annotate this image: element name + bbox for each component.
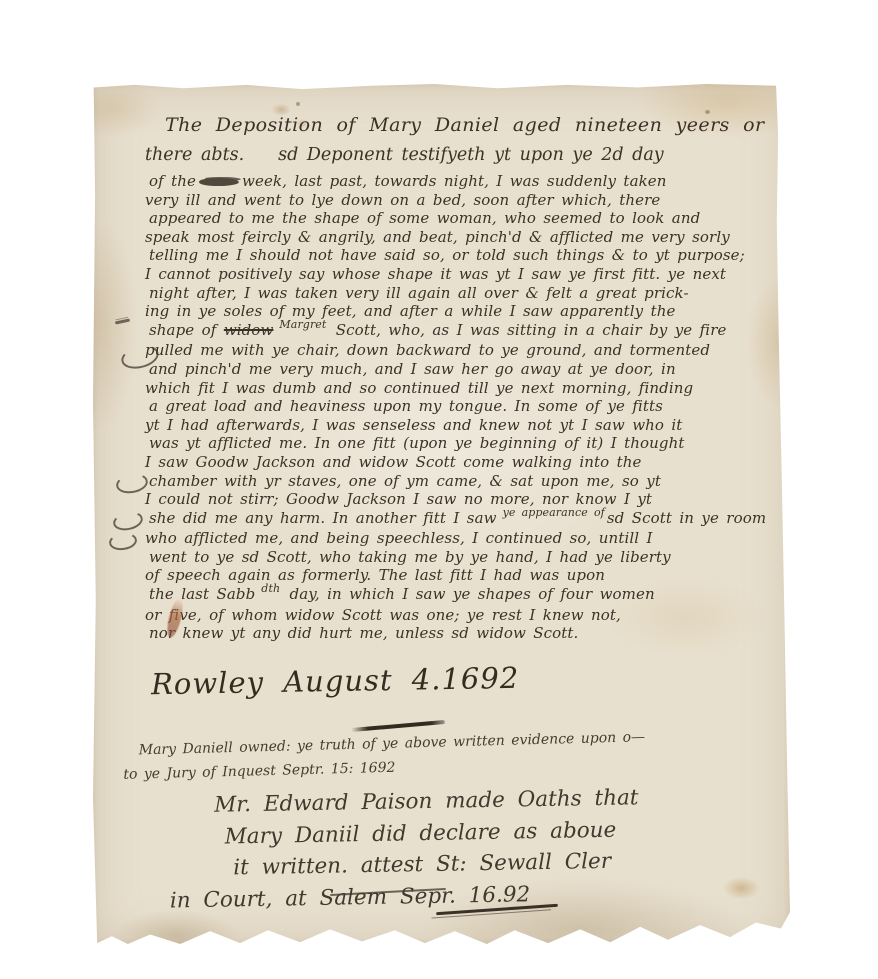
line-segment: day, in which I saw ye shapes of four wo… [282,585,655,603]
manuscript-line: I cannot positively say whose shape it w… [145,265,795,284]
manuscript-line: or five, of whom widow Scott was one; ye… [145,606,795,625]
manuscript-line: shape of widowMargret Scott, who, as I w… [145,321,795,342]
court-attestation: Mr. Edward Paison made Oaths that Mary D… [214,782,640,915]
ink-speck [296,102,300,106]
manuscript-line: nor knew yt any did hurt me, unless sd w… [145,624,795,643]
manuscript-line: which fit I was dumb and so continued ti… [145,379,795,398]
manuscript-line: pulled me with ye chair, down backward t… [145,341,795,360]
line-segment: the last Sabb [149,585,255,603]
manuscript-line: I saw Goodw Jackson and widow Scott come… [145,453,795,472]
manuscript-paper: The Deposition of Mary Daniel aged ninet… [93,84,790,944]
manuscript-line: of theweek, last past, towards night, I … [145,172,795,191]
manuscript-line: was yt afflicted me. In one fitt (upon y… [145,434,795,453]
manuscript-line: of speech again as formerly. The last fi… [145,566,795,585]
line-segment: sd Deponent testifyeth yt upon ye 2d day [278,145,664,165]
manuscript-line: appeared to me the shape of some woman, … [145,209,795,228]
line-segment: of the [149,172,196,190]
line-segment: shape of [149,321,224,339]
inserted-word: dth [257,580,280,599]
manuscript-line: she did me any harm. In another fitt I s… [145,509,795,530]
manuscript-line: chamber with yr staves, one of ym came, … [145,472,795,491]
inkblot-strikethrough [198,178,241,186]
manuscript-line: there abts.sd Deponent testifyeth yt upo… [145,145,795,165]
line-segment: she did me any harm. In another fitt I s… [149,509,497,527]
margin-hyphen-mark [115,318,130,324]
manuscript-line: yt I had afterwards, I was senseless and… [145,416,795,435]
deposition-body: The Deposition of Mary Daniel aged ninet… [145,114,795,643]
line-segment: Scott, who, as I was sitting in a chair … [328,321,726,339]
struck-word: widow [224,321,274,339]
manuscript-line: and pinch'd me very much, and I saw her … [145,360,795,379]
ink-speck [705,110,710,114]
manuscript-line: who afflicted me, and being speechless, … [145,529,795,548]
manuscript-line: ing in ye soles of my feet, and after a … [145,302,795,321]
inserted-word: Margret [275,316,326,335]
manuscript-line: went to ye sd Scott, who taking me by ye… [145,548,795,567]
dateline: Rowley August 4.1692 [151,661,520,701]
margin-flourish-icon [111,509,144,533]
photo-background: The Deposition of Mary Daniel aged ninet… [0,0,878,979]
manuscript-line: The Deposition of Mary Daniel aged ninet… [145,114,795,136]
line-segment: sd Scott in ye room [607,509,766,527]
manuscript-line: very ill and went to lye down on a bed, … [145,191,795,210]
margin-flourish-icon [108,531,138,552]
manuscript-line: night after, I was taken very ill again … [145,284,795,303]
ink-speck [423,944,428,948]
manuscript-line: telling me I should not have said so, or… [145,246,795,265]
jurat-note: Mary Daniell owned: ye truth of ye above… [122,725,646,787]
line-segment: there abts. [145,145,244,165]
manuscript-line: speak most feircly & angrily, and beat, … [145,228,795,247]
inserted-phrase: ye appearance of [499,504,605,523]
manuscript-line: a great load and heaviness upon my tongu… [145,397,795,416]
manuscript-line: the last Sabbdth day, in which I saw ye … [145,585,795,606]
line-segment: week, last past, towards night, I was su… [242,172,667,190]
manuscript-line: I could not stirr; Goodw Jackson I saw n… [145,490,795,509]
